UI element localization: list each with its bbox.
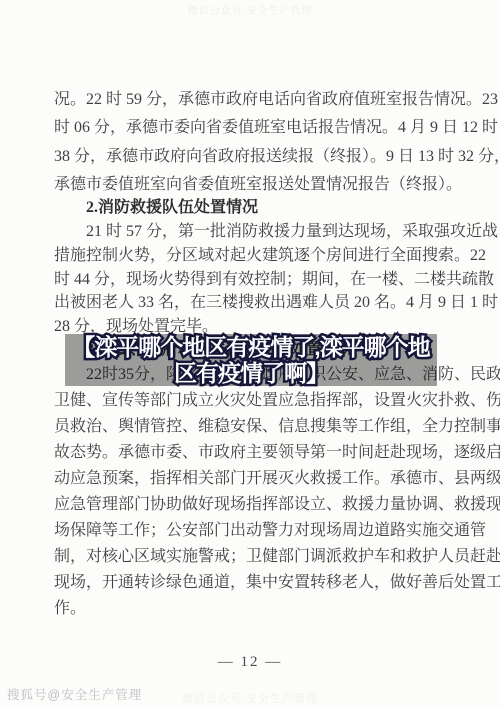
text-line: 制，对核心区域实施警戒；卫健部门调派救护车和救护人员赶赴 [54,544,448,570]
text-line: 场保障等工作；公安部门出动警力对现场周边道路实施交通管 [54,518,448,544]
caption-line-2: 区有疫情了啊】 [174,360,328,386]
document-page: 微信公众号:安全生产管理 况。22 时 59 分，承德市政府电话向省政府值班室报… [0,0,500,707]
text-line: 38 分，承德市政府向省政府报送续报（终报）。9 日 13 时 32 分， [54,143,448,171]
watermark-bottom-center: 微信公众号:安全生产管理 [0,690,500,706]
text-line: 况。22 时 59 分，承德市政府电话向省政府值班室报告情况。23 [54,86,448,114]
page-number: — 12 — [0,654,500,671]
text-line: 作。 [54,596,448,622]
watermark-top: 微信公众号:安全生产管理 [0,2,500,17]
text-line: 卫健、宣传等部门成立火灾处置应急指挥部，设置火灾扑救、伤 [54,388,448,414]
section-heading-2: 2.消防救援队伍处置情况 [54,196,448,220]
paragraph-continuation: 况。22 时 59 分，承德市政府电话向省政府值班室报告情况。23 时 06 分… [54,86,448,200]
caption-line-1: 【滦平哪个地区有疫情了,滦平哪个地 [72,334,429,360]
text-line: 时 44 分，现场火势得到有效控制；期间，在一楼、二楼共疏散 [54,268,448,292]
text-line: 员救治、舆情管控、维稳安保、信息搜集等工作组，全力控制事 [54,414,448,440]
text-line: 时 06 分，承德市委向省委值班室电话报告情况。4 月 9 日 12 时 [54,114,448,142]
text-line: 应急管理部门协助做好现场指挥部设立、救援力量协调、救援现 [54,492,448,518]
caption-overlay: 【滦平哪个地区有疫情了,滦平哪个地 区有疫情了啊】 [65,334,437,386]
text-line: 现场，开通转诊绿色通道，集中安置转移老人，做好善后处置工 [54,570,448,596]
text-line: 故态势。承德市委、市政府主要领导第一时间赶赴现场，逐级启 [54,440,448,466]
section-fire-rescue: 2.消防救援队伍处置情况 21 时 57 分，第一批消防救援力量到达现场，采取强… [54,196,448,339]
text-line: 措施控制火势，分区域对起火建筑逐个房间进行全面搜索。22 [54,244,448,268]
text-line: 出被困老人 33 名，在三楼搜救出遇难人员 20 名。4 月 9 日 1 时 [54,291,448,315]
text-line: 21 时 57 分，第一批消防救援力量到达现场，采取强攻近战 [54,220,448,244]
text-line: 动应急预案，指挥相关部门开展灭火救援工作。承德市、县两级 [54,466,448,492]
